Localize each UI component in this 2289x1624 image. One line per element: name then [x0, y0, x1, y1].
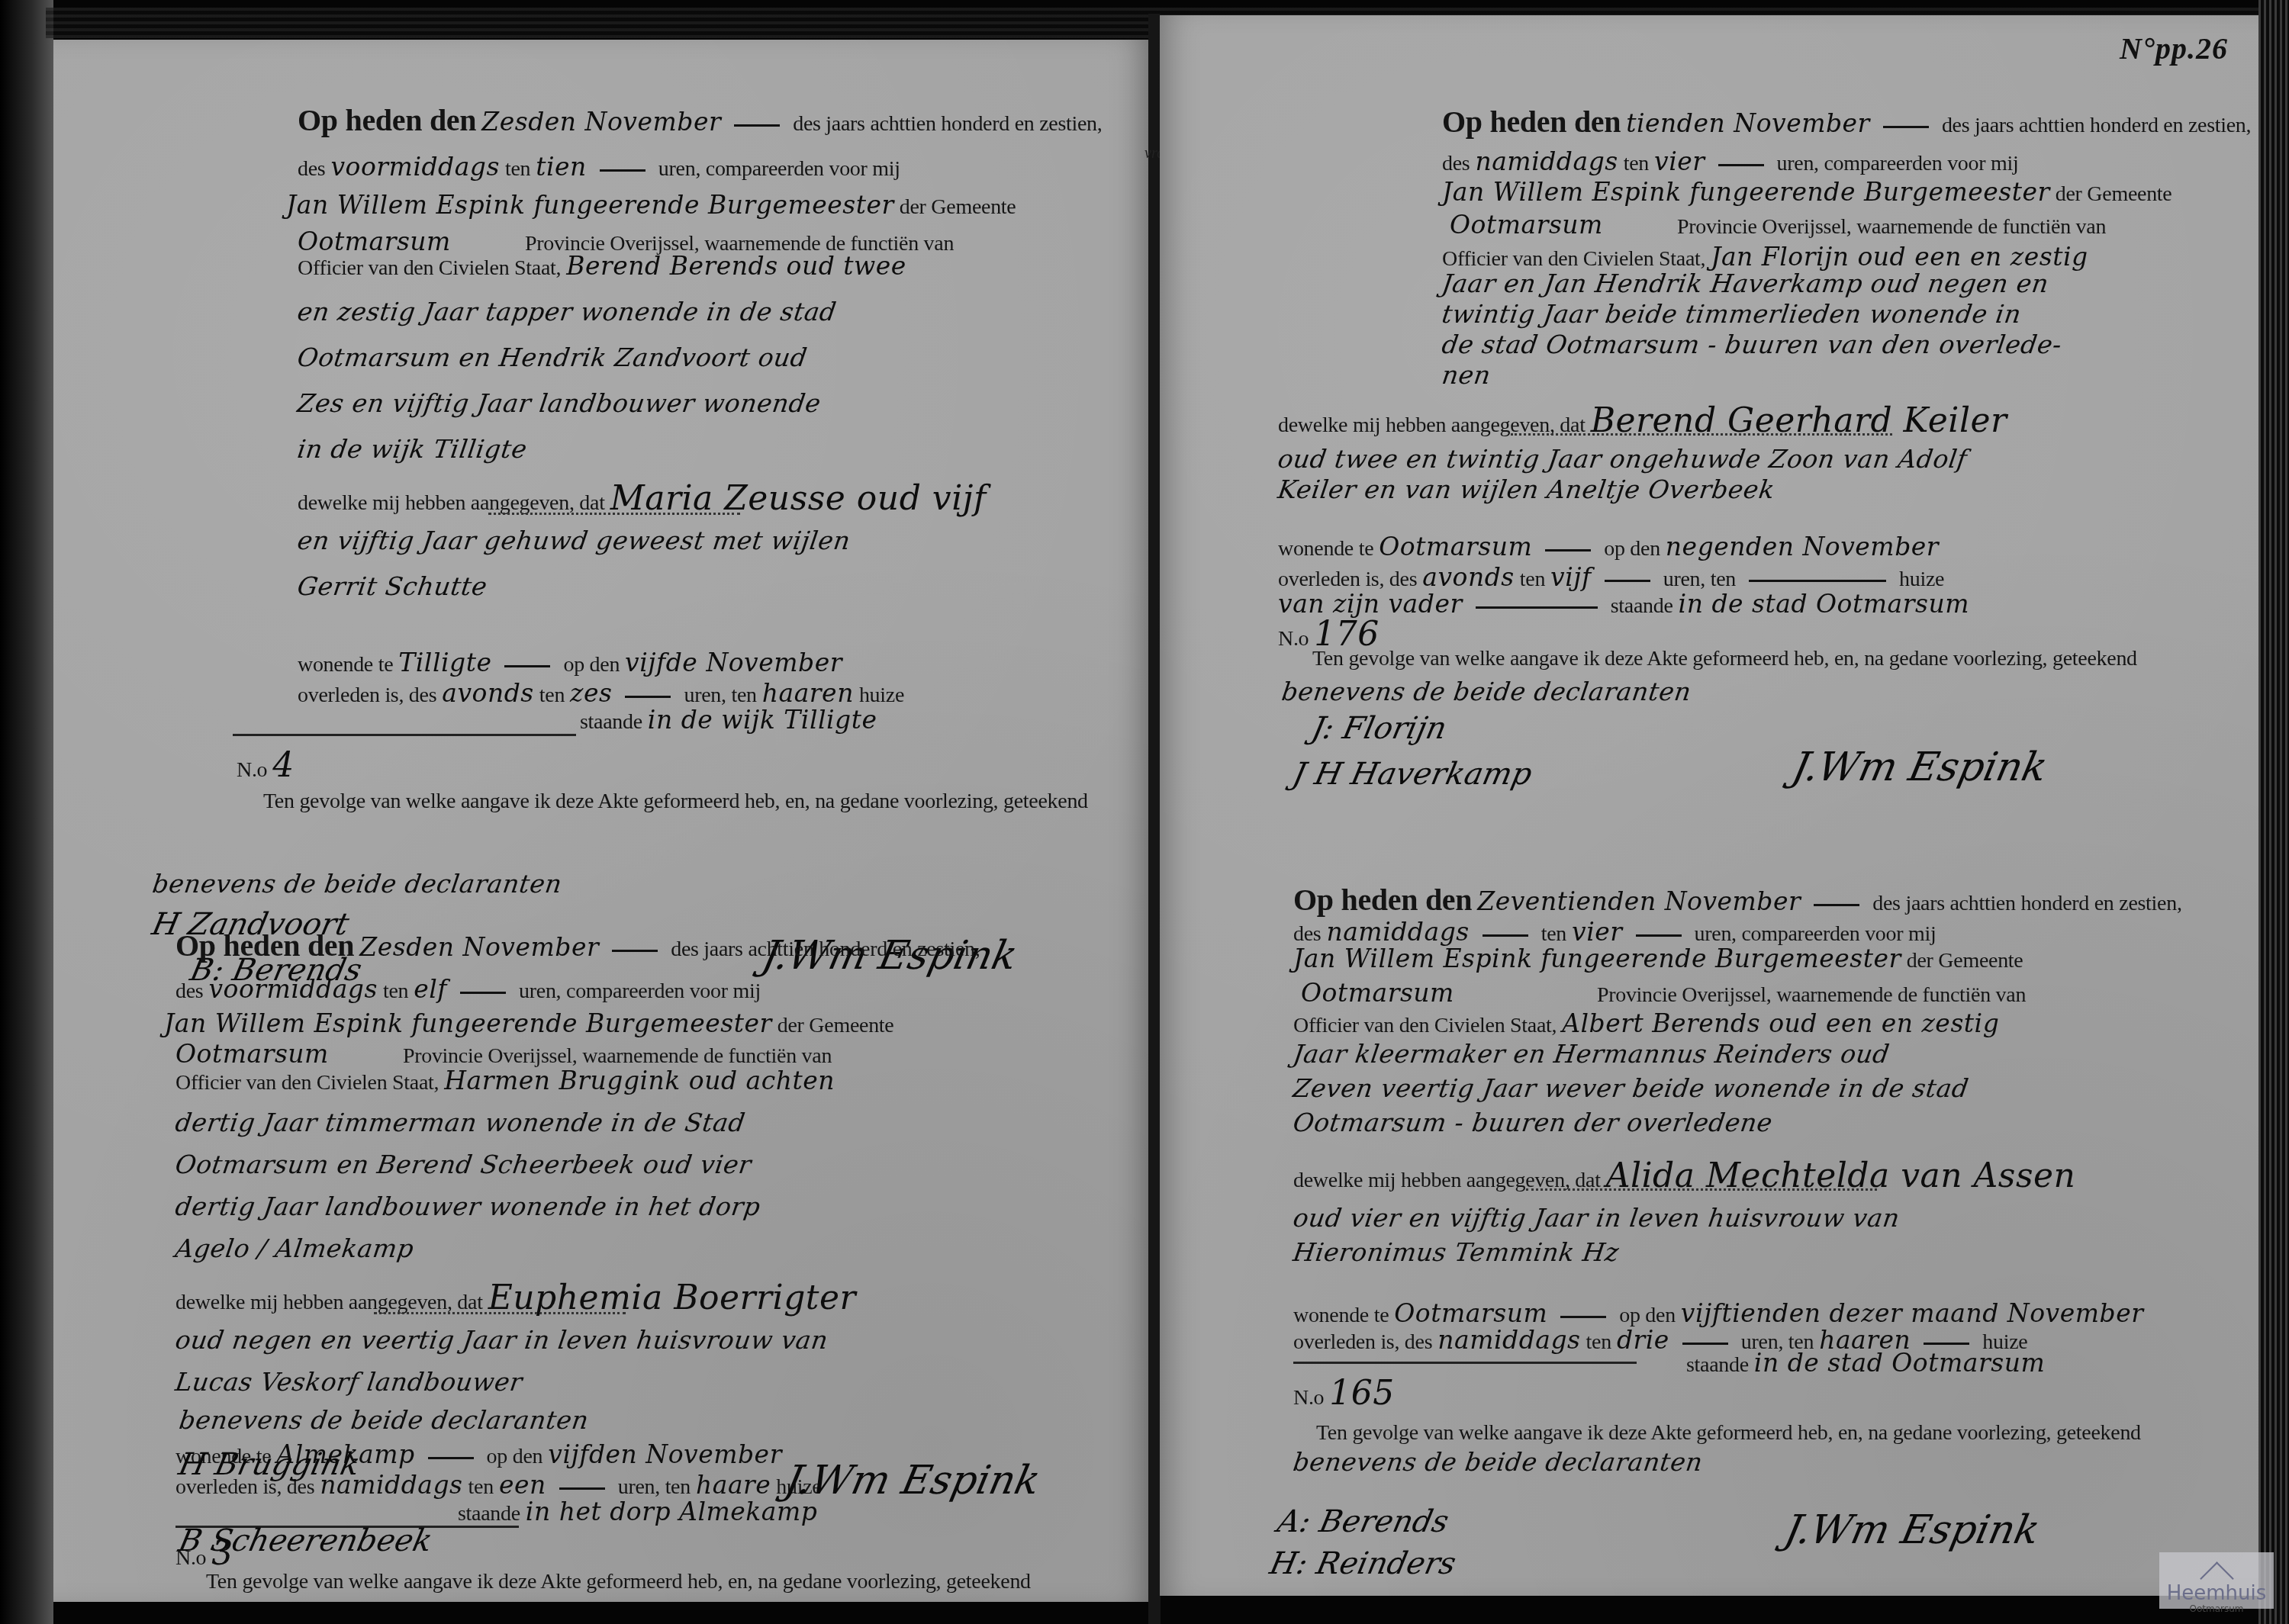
printed-text: staande in de stad Ootmarsum	[1686, 1350, 2045, 1376]
handwritten-text: dertig Jaar timmerman wonende in de Stad	[174, 1110, 747, 1135]
handwritten-text: in het dorp Almekamp	[526, 1497, 818, 1526]
printed-text: des jaars achttien honderd en zestien,	[671, 937, 980, 961]
printed-text: dewelke mij hebben aangegeven, dat	[298, 491, 605, 515]
handwritten-text: tienden November	[1626, 108, 1870, 138]
printed-text	[504, 665, 550, 667]
printed-text: Ootmarsum Provincie Overijssel, waarneme…	[175, 1041, 832, 1067]
watermark-town: Ootmarsum	[2159, 1603, 2274, 1614]
printed-text: wonende te Ootmarsum op den negenden Nov…	[1278, 534, 1939, 560]
printed-text: uren, compareerden voor mij	[1695, 922, 1936, 946]
printed-text: Ten gevolge van welke aangave ik deze Ak…	[1316, 1423, 2141, 1444]
handwritten-text: in de wijk Tilligte	[648, 705, 877, 735]
handwritten-text: namiddags	[1475, 146, 1618, 176]
printed-text: ten	[1624, 152, 1649, 175]
handwritten-text: voormiddags	[208, 974, 377, 1004]
printed-text: ten	[383, 979, 408, 1003]
printed-text: uren, compareerden voor mij	[519, 979, 761, 1003]
declarant-line: Ootmarsum en Hendrik Zandvoort oud	[296, 345, 809, 370]
book-gutter	[1148, 14, 1161, 1624]
deceased-detail: Gerrit Schutte	[296, 574, 489, 599]
printed-text: Op heden den	[175, 928, 354, 963]
printed-text: N.o	[1278, 627, 1309, 651]
handwritten-text: Albert Berends oud een en zestig	[1562, 1008, 1999, 1038]
printed-text: Ten gevolge van welke aangave ik deze Ak…	[1312, 648, 2137, 670]
handwritten-text: Ootmarsum	[1450, 210, 1603, 240]
printed-text: Jan Willem Espink fungeerende Burgemeest…	[164, 1011, 893, 1037]
printed-text: staande	[1686, 1353, 1749, 1377]
handwritten-text: Hieronimus Temmink Hz	[1292, 1240, 1621, 1265]
printed-text: Officier van den Civielen Staat, Jan Flo…	[1442, 244, 2088, 270]
printed-text: uren, compareerden voor mij	[1777, 152, 2019, 175]
entry-time-line: des voormiddags ten tien uren, compareer…	[298, 154, 900, 180]
printed-text	[1814, 904, 1859, 906]
printed-text: dewelke mij hebben aangegeven, dat Euphe…	[175, 1282, 856, 1315]
handwritten-text: Ootmarsum	[1301, 978, 1454, 1008]
printed-text: staande	[458, 1502, 520, 1526]
printed-text	[559, 1487, 605, 1490]
book-edge-right	[2258, 0, 2289, 1624]
printed-text: N.o	[1293, 1386, 1324, 1410]
printed-closing: Ten gevolge van welke aangave ik deze Ak…	[263, 791, 1088, 812]
printed-text: des namiddags ten vier uren, compareerde…	[1442, 149, 2018, 175]
official-signature: J.Wm Espink	[781, 1461, 1043, 1500]
printed-text: Jan Willem Espink fungeerende Burgemeest…	[1293, 946, 2023, 972]
handwritten-date: Zesden November	[481, 107, 721, 137]
printed-text: uren, ten	[618, 1475, 691, 1499]
heemhuis-watermark: Heemhuis Ootmarsum	[2159, 1552, 2274, 1609]
printed-text: overleden is, des	[298, 683, 436, 707]
handwritten-text: vier	[1572, 917, 1623, 947]
printed-text	[1560, 1316, 1606, 1318]
handwritten-text: in de stad Ootmarsum	[1679, 589, 1969, 619]
handwritten-text: namiddags	[1437, 1325, 1580, 1355]
printed-op-heden: Op heden den	[298, 103, 476, 137]
printed-text: wonende te Ootmarsum op den vijftienden …	[1293, 1301, 2143, 1327]
printed-text	[1605, 580, 1650, 582]
printed-text: Ootmarsum Provincie Overijssel, waarneme…	[1301, 980, 2026, 1006]
printed-text: ten	[468, 1475, 494, 1499]
declarant-line: Zes en vijftig Jaar landbouwer wonende	[296, 391, 823, 416]
handwritten-text: Jan Willem Espink fungeerende Burgemeest…	[1293, 944, 1901, 973]
handwritten-text: de stad Ootmarsum - buuren van den overl…	[1441, 332, 2064, 357]
handwritten-text: Ootmarsum	[1379, 532, 1532, 561]
printed-text: op den	[563, 653, 620, 677]
record-number: 4	[272, 746, 295, 785]
printed-text: Op heden den	[1442, 105, 1621, 139]
record-number: 165	[1329, 1374, 1394, 1413]
handwritten-text: benevens de beide declaranten	[1280, 679, 1693, 704]
printed-text: Officier van den Civielen Staat,	[1293, 1014, 1557, 1037]
printed-text	[460, 992, 506, 994]
handwritten-text: negenden November	[1666, 532, 1939, 561]
printed-text: Op heden den	[1293, 883, 1472, 917]
handwritten-text: Ootmarsum - buuren der overledene	[1292, 1110, 1775, 1135]
death-record-entry-4: Op heden den Zeventienden November des j…	[1160, 824, 2258, 1587]
printed-text: ten	[1586, 1330, 1611, 1354]
handwritten-municipality: Ootmarsum	[298, 227, 451, 256]
printed-text: ten	[1541, 922, 1566, 946]
handwritten-text: Jan Willem Espink fungeerende Burgemeest…	[164, 1008, 772, 1038]
printed-text: van zijn vader staande in de stad Ootmar…	[1278, 591, 1969, 617]
printed-text: wonende te	[1293, 1304, 1389, 1327]
handwritten-text: Jaar kleermaker en Hermannus Reinders ou…	[1292, 1041, 1891, 1066]
official-signature: J.Wm Espink	[1781, 1510, 2043, 1550]
printed-text	[1718, 164, 1764, 166]
handwritten-text: Agelo / Almekamp	[174, 1236, 416, 1261]
printed-text: des voormiddags ten elf uren, compareerd…	[175, 976, 761, 1002]
handwritten-text: benevens de beide declaranten	[1292, 1449, 1705, 1474]
printed-text: ten	[1520, 568, 1545, 591]
entry-number: N.o 4	[237, 749, 295, 783]
printed-text: der Gemeente	[1907, 949, 2023, 973]
handwritten-official: Jan Willem Espink fungeerende Burgemeest…	[286, 190, 894, 220]
handwritten-text: elf	[414, 974, 447, 1004]
printed-text	[1924, 1343, 1969, 1345]
printed-text: dewelke mij hebben aangegeven, dat	[175, 1291, 483, 1314]
printed-text	[1682, 1343, 1728, 1345]
printed-text: staande in het dorp Almekamp	[458, 1499, 817, 1525]
printed-text	[734, 124, 780, 127]
printed-text: huize	[859, 683, 904, 707]
printed-text	[1483, 934, 1528, 937]
printed-text: Officier van den Civielen Staat, Albert …	[1293, 1011, 1999, 1037]
witness-signature: A: Berends	[1275, 1507, 1451, 1537]
handwritten-text: Zeven veertig Jaar wever beide wonende i…	[1292, 1076, 1971, 1101]
printed-text: N.o	[237, 758, 267, 782]
printed-text	[428, 1457, 474, 1459]
handwritten-declarants: Berend Berends oud twee	[566, 251, 906, 281]
printed-text: op den	[1604, 537, 1660, 561]
witness-signature: H Bruggink	[176, 1449, 362, 1480]
handwritten-time-of-day: voormiddags	[330, 152, 499, 182]
printed-text: Officier van den Civielen Staat,	[175, 1071, 439, 1095]
handwritten-text: Jaar en Jan Hendrik Haverkamp oud negen …	[1441, 271, 2051, 296]
handwritten-text: twintig Jaar beide timmerlieden wonende …	[1441, 301, 2023, 326]
handwritten-text: haare	[696, 1470, 771, 1500]
printed-text: Provincie Overijssel, waarnemende de fun…	[403, 1044, 832, 1068]
printed-text	[612, 950, 658, 952]
printed-text: Provincie Overijssel, waarnemende de fun…	[1597, 983, 2026, 1007]
entry-deceased-line: dewelke mij hebben aangegeven, dat Maria…	[298, 482, 987, 516]
handwritten-text: vijfden November	[548, 1439, 782, 1469]
printed-text: wonende te	[1278, 537, 1373, 561]
handwritten-text: Zesden November	[359, 932, 599, 962]
witness-signature: B Scheerenbeek	[176, 1526, 435, 1556]
entry-residence-line: wonende te Tilligte op den vijfde Novemb…	[298, 650, 842, 676]
right-page: N°pp.26 Op heden den tienden November de…	[1160, 15, 2258, 1596]
printed-text: der Gemeente	[777, 1014, 894, 1037]
witness-signature: H: Reinders	[1267, 1548, 1459, 1579]
printed-text	[625, 696, 671, 698]
printed-text: Op heden den Zeventienden November des j…	[1293, 885, 2182, 915]
printed-text: overleden is, des avonds ten vijf uren, …	[1278, 564, 1944, 590]
handwritten-text: in de stad Ootmarsum	[1754, 1348, 2045, 1378]
printed-text	[1476, 606, 1598, 609]
printed-text: des jaars achttien honderd en zestien,	[1872, 892, 2181, 915]
printed-text: staande	[580, 710, 642, 734]
printed-text: des	[298, 157, 325, 181]
entry-death-time-line: overleden is, des avonds ten zes uren, t…	[298, 680, 904, 706]
printed-text	[1749, 580, 1886, 582]
declarant-line: in de wijk Tilligte	[296, 436, 529, 461]
printed-text	[600, 169, 645, 172]
printed-text: Provincie Overijssel, waarnemende de fun…	[1677, 215, 2106, 239]
handwritten-text: een	[499, 1470, 546, 1500]
printed-text: overleden is, des	[1278, 568, 1417, 591]
witness-signature: J H Haverkamp	[1290, 759, 1535, 789]
handwritten-text: haaren	[762, 678, 854, 708]
handwritten-text: zes	[570, 678, 612, 708]
handwritten-text: oud negen en veertig Jaar in leven huisv…	[174, 1327, 830, 1352]
handwritten-text: vijftienden dezer maand November	[1681, 1298, 2144, 1328]
printed-text: der Gemeente	[2056, 182, 2172, 206]
deceased-detail: en vijftig Jaar gehuwd geweest met wijle…	[296, 528, 852, 553]
handwritten-text: Harmen Bruggink oud achten	[444, 1066, 835, 1095]
printed-text: des	[1293, 922, 1321, 946]
death-record-entry-3: Op heden den tienden November des jaars …	[1160, 15, 2258, 778]
printed-text: huize	[1899, 568, 1944, 591]
printed-text: Ten gevolge van welke aangave ik deze Ak…	[206, 1571, 1031, 1593]
handwritten-residence: Tilligte	[398, 648, 491, 677]
printed-text: N.o 165	[1293, 1377, 1395, 1410]
printed-year: des jaars achttien honderd en zestien,	[793, 112, 1102, 136]
handwritten-text: namiddags	[1326, 917, 1469, 947]
printed-text: uren, ten	[1663, 568, 1736, 591]
entry-house-line: staande in de wijk Tilligte	[580, 707, 877, 733]
printed-text: overleden is, des	[1293, 1330, 1432, 1354]
printed-text: des	[175, 979, 203, 1003]
handwritten-text: Keiler en van wijlen Aneltje Overbeek	[1276, 477, 1776, 502]
handwritten-text: Ootmarsum en Berend Scheerbeek oud vier	[174, 1152, 753, 1177]
printed-text: Officier van den Civielen Staat,	[1442, 247, 1705, 271]
printed-text: Op heden den tienden November des jaars …	[1442, 107, 2251, 137]
left-binding-edge	[0, 0, 53, 1624]
handwritten-text: nen	[1441, 362, 1492, 388]
printed-text	[1883, 126, 1929, 128]
handwritten-text: Lucas Veskorf landbouwer	[174, 1369, 524, 1394]
printed-text: der Gemeente	[900, 195, 1016, 219]
printed-text: des	[1442, 152, 1470, 175]
declarant-line: en zestig Jaar tapper wonende in de stad	[296, 299, 839, 324]
printed-text: ten	[539, 683, 565, 707]
death-record-entry-1: Op heden den Zesden November des jaars a…	[53, 40, 1151, 802]
handwritten-text: Ootmarsum	[175, 1039, 329, 1069]
handwritten-text: Jan Florijn oud een en zestig	[1711, 242, 2088, 272]
handwritten-hour: tien	[536, 152, 587, 182]
printed-text: Op heden den Zesden November des jaars a…	[175, 931, 980, 961]
printed-text: op den	[487, 1445, 543, 1468]
printed-text: ten	[505, 157, 530, 181]
handwritten-text: vier	[1654, 146, 1705, 176]
handwritten-text: dertig Jaar landbouwer wonende in het do…	[174, 1194, 762, 1219]
printed-text	[1545, 549, 1591, 552]
printed-text: des jaars achttien honderd en zestien,	[1942, 114, 2251, 137]
entry-date-line: Op heden den Zesden November des jaars a…	[298, 105, 1103, 136]
printed-text: Jan Willem Espink fungeerende Burgemeest…	[1442, 179, 2171, 205]
entry-officer-line: Officier van den Civielen Staat, Berend …	[298, 253, 906, 279]
handwritten-text: oud twee en twintig Jaar ongehuwde Zoon …	[1276, 446, 1969, 471]
printed-text: uren, ten	[684, 683, 756, 707]
printed-text	[1636, 934, 1682, 937]
handwritten-text: drie	[1617, 1325, 1669, 1355]
handwritten-text: avonds	[1422, 562, 1515, 592]
handwritten-text: vijf	[1550, 562, 1592, 592]
printed-text: uren, compareerden voor mij	[658, 157, 900, 181]
printed-text: Officier van den Civielen Staat,	[298, 256, 561, 280]
printed-text: op den	[1619, 1304, 1676, 1327]
official-signature: J.Wm Espink	[1788, 748, 2050, 787]
handwritten-closing: benevens de beide declaranten	[178, 1407, 591, 1433]
handwritten-text: Jan Willem Espink fungeerende Burgemeest…	[1442, 177, 2050, 207]
handwritten-text: Ootmarsum	[1394, 1298, 1547, 1328]
printed-text: wonende te	[298, 653, 393, 677]
handwritten-text: avonds	[442, 678, 534, 708]
witness-signature: J: Florijn	[1309, 713, 1450, 744]
printed-text: staande	[1611, 594, 1673, 618]
handwritten-text: Zeventienden November	[1477, 886, 1801, 916]
handwritten-text: oud vier en vijftig Jaar in leven huisvr…	[1292, 1205, 1901, 1230]
handwritten-death-date: vijfde November	[625, 648, 842, 677]
entry-official-line: Jan Willem Espink fungeerende Burgemeest…	[286, 192, 1016, 218]
printed-text: Ootmarsum Provincie Overijssel, waarneme…	[1450, 212, 2106, 238]
printed-text: Officier van den Civielen Staat, Harmen …	[175, 1068, 835, 1094]
printed-text: des namiddags ten vier uren, compareerde…	[1293, 919, 1936, 945]
